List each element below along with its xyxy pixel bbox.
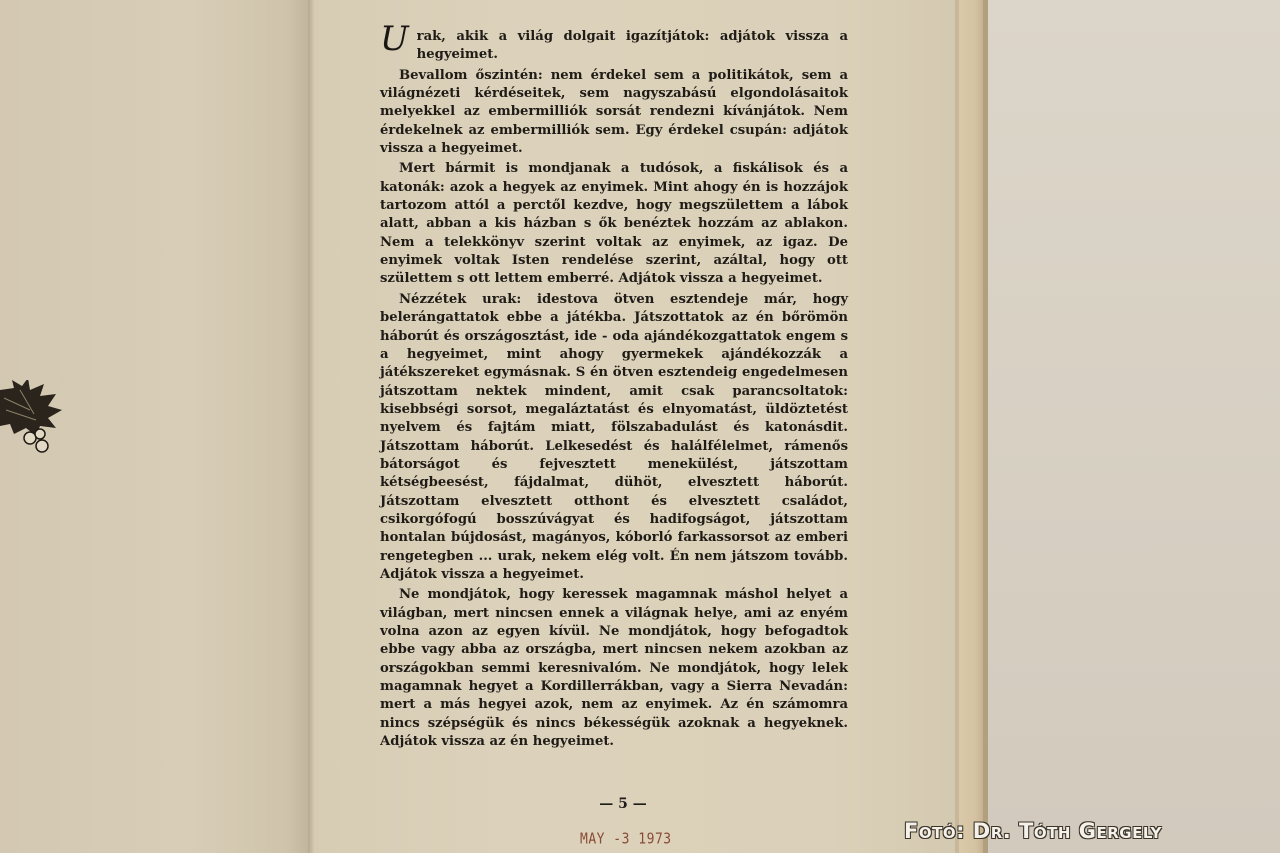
paragraph-4: Nézzétek urak: idestova ötven esztendeje… bbox=[380, 291, 848, 585]
page-stack-edge bbox=[959, 0, 983, 853]
page-number: — 5 — bbox=[588, 796, 658, 812]
drop-cap: U bbox=[380, 24, 409, 54]
date-stamp: MAY -3 1973 bbox=[580, 831, 680, 848]
background-board bbox=[988, 0, 1280, 853]
paragraph-3: Mert bármit is mondjanak a tudósok, a fi… bbox=[380, 160, 848, 288]
page-text: Urak, akik a világ dolgait igazítjátok: … bbox=[380, 28, 848, 751]
left-page bbox=[0, 0, 312, 853]
paragraph-1: Urak, akik a világ dolgait igazítjátok: … bbox=[380, 28, 848, 65]
paragraph-5: Ne mondjátok, hogy keressek magamnak más… bbox=[380, 586, 848, 751]
paragraph-2: Bevallom őszintén: nem érdekel sem a pol… bbox=[380, 67, 848, 159]
holly-ornament-icon bbox=[0, 380, 66, 456]
photo-credit: Fotó: Dr. Tóth Gergely bbox=[904, 819, 1274, 843]
